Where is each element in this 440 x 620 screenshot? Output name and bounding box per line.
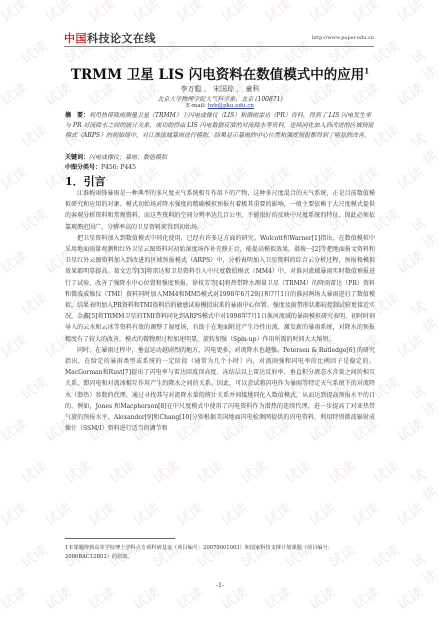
- watermark-text: 试读: [261, 498, 295, 530]
- email-line: E-mail: lwb@pku.edu.cn: [0, 103, 440, 109]
- paragraph: 同时，在暴雨过程中，垂直运动越剧烈的地方，闪电更多，对流降水也越强。Peters…: [65, 345, 375, 435]
- page-header: 中国科技论文在线 http://www.paper.edu.cn: [64, 30, 374, 47]
- watermark-text: 试读: [17, 120, 51, 152]
- watermark-text: 试读: [0, 162, 31, 194]
- watermark-text: 试读: [407, 459, 440, 506]
- paper-title: TRMM 卫星 LIS 闪电资料在数值模式中的应用1: [0, 63, 440, 83]
- abstract-label: 摘 要：: [65, 112, 89, 119]
- watermark-text: 试读: [0, 498, 31, 530]
- watermark-text: 试读: [41, 498, 75, 530]
- section-heading: 1．引言: [65, 173, 106, 189]
- watermark-text: 试读: [407, 123, 440, 170]
- watermark-text: 试读: [149, 456, 183, 488]
- abstract: 摘 要：利用热带降雨测量卫星（TRMM）上闪电成像仪（LIS）和测雨雷达（PR）…: [65, 111, 375, 141]
- watermark-text: 试读: [41, 0, 75, 26]
- site-url[interactable]: http://www.paper.edu.cn: [312, 35, 374, 41]
- title-text: TRMM 卫星 LIS 闪电资料在数值模式中的应用: [71, 67, 364, 83]
- watermark-text: 试读: [173, 498, 207, 530]
- watermark-text: 试读: [305, 0, 339, 26]
- watermark-text: 试读: [193, 456, 227, 488]
- paragraph: 江淮梅雨锋暴雨是一种典型的多尺度天气系统相互作用下的产物，这种多尺度混合的天气系…: [65, 188, 375, 233]
- watermark-text: 试读: [173, 0, 207, 26]
- watermark-text: 试读: [217, 498, 251, 530]
- watermark-text: 试读: [237, 456, 271, 488]
- watermark-text: 试读: [61, 456, 95, 488]
- classification: 中图分类号：P456; P445: [65, 162, 136, 171]
- page-number: -1-: [0, 582, 440, 589]
- abstract-text: 利用热带降雨测量卫星（TRMM）上闪电成像仪（LIS）和测雨雷达（PR）资料，得…: [65, 112, 374, 139]
- watermark-text: 试读: [0, 246, 31, 278]
- classification-label: 中图分类号：: [65, 164, 101, 171]
- watermark-text: 试读: [393, 498, 427, 530]
- watermark-text: 试读: [349, 498, 383, 530]
- watermark-text: 试读: [393, 414, 427, 446]
- title-footnote-mark[interactable]: 1: [364, 67, 369, 76]
- watermark-text: 试读: [349, 0, 383, 26]
- section-body: 江淮梅雨锋暴雨是一种典型的多尺度天气系统相互作用下的产物，这种多尺度混合的天气系…: [65, 188, 375, 434]
- classification-text: P456; P445: [101, 164, 136, 171]
- watermark-text: 试读: [85, 0, 119, 26]
- authors: 李万彪 ， 宋国琮 ， 童科: [0, 84, 440, 94]
- email-link[interactable]: lwb@pku.edu.cn: [208, 103, 254, 109]
- logo-dark-text: 科技论文在线: [87, 32, 156, 45]
- watermark-text: 试读: [369, 456, 403, 488]
- affiliation: 北京大学物理学院大气科学系，北京 (100871): [0, 94, 440, 103]
- watermark-text: 试读: [281, 456, 315, 488]
- watermark-text: 试读: [393, 246, 427, 278]
- logo-red-text: 中国: [64, 32, 87, 45]
- watermark-text: 试读: [0, 414, 31, 446]
- watermark-text: 试读: [217, 0, 251, 26]
- site-logo[interactable]: 中国科技论文在线: [64, 30, 156, 46]
- watermark-text: 试读: [0, 0, 31, 26]
- watermark-text: 试读: [393, 330, 427, 362]
- footnote: 1本课题得到高等学校博士学科点专项科研基金（项目编号：20070001003）和…: [65, 544, 375, 562]
- watermark-text: 试读: [85, 498, 119, 530]
- watermark-text: 试读: [393, 162, 427, 194]
- watermark-text: 试读: [407, 375, 440, 422]
- keywords-label: 关键词：: [65, 154, 89, 161]
- footnote-divider: [65, 538, 175, 539]
- watermark-text: 试读: [17, 372, 51, 404]
- watermark-text: 试读: [17, 204, 51, 236]
- watermark-text: 试读: [325, 456, 359, 488]
- email-label: E-mail:: [186, 103, 206, 109]
- watermark-text: 试读: [105, 456, 139, 488]
- watermark-text: 试读: [407, 291, 440, 338]
- watermark-text: 试读: [261, 0, 295, 26]
- paragraph: 把卫星资料加入到数值模式中同化使用，已经有许多这方面的研究。Wolcott和Wa…: [65, 233, 375, 345]
- watermark-text: 试读: [305, 498, 339, 530]
- watermark-text: 试读: [0, 330, 31, 362]
- watermark-text: 试读: [407, 207, 440, 254]
- watermark-text: 试读: [129, 498, 163, 530]
- watermark-text: 试读: [393, 0, 427, 26]
- watermark-text: 试读: [129, 0, 163, 26]
- keywords-text: 闪电成像仪；暴雨；数值模拟: [89, 154, 167, 161]
- watermark-text: 试读: [17, 540, 51, 572]
- watermark-text: 试读: [17, 288, 51, 320]
- watermark-text: 试读: [17, 456, 51, 488]
- keywords: 关键词：闪电成像仪；暴雨；数值模拟: [65, 152, 167, 161]
